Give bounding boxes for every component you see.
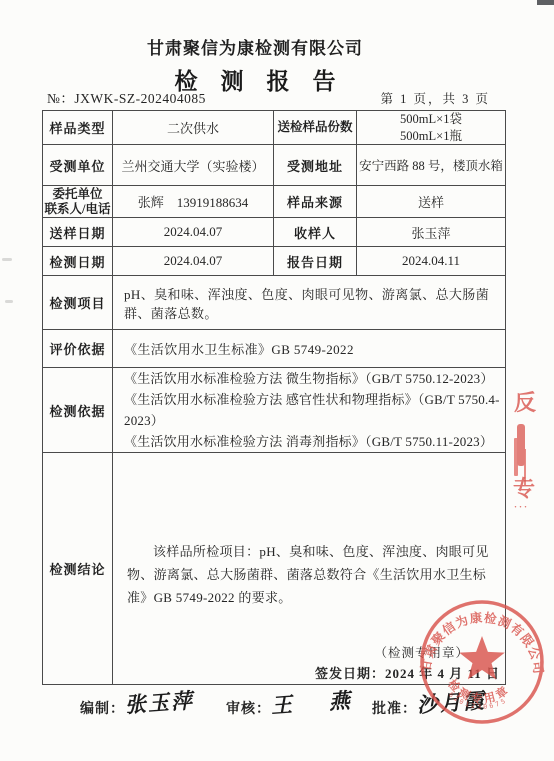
scan-corner-mark	[537, 0, 554, 5]
test-basis-line-3: 《生活饮用水标准检验方法 消毒剂指标》（GB/T 5750.11-2023）	[124, 431, 505, 452]
test-basis-line-2: 《生活饮用水标准检验方法 感官性状和物理指标》（GB/T 5750.4-2023…	[124, 389, 505, 431]
cell-eval-basis-label: 评价依据	[43, 330, 113, 368]
cell-tested-org-value: 兰州交通大学（实验楼）	[113, 145, 274, 186]
cell-receiver-label: 收样人	[274, 218, 357, 247]
cell-test-date-label: 检测日期	[43, 247, 113, 276]
stamp-fragment: 专	[513, 472, 535, 503]
company-seal-stamp: 甘肃聚信为康检测有限公司 检测专用章 6201230675	[416, 596, 548, 728]
reviewed-by-block: 审核：王 燕	[226, 690, 358, 720]
approved-by-label: 批准：	[372, 702, 417, 717]
cell-sample-type-value: 二次供水	[113, 111, 274, 145]
report-number: №：JXWK-SZ-202404085	[47, 87, 206, 107]
cell-eval-basis-value: 《生活饮用水卫生标准》GB 5749-2022	[113, 330, 506, 368]
reviewed-by-signature: 王 燕	[270, 684, 359, 720]
table-row: 检测项目 pH、臭和味、浑浊度、色度、肉眼可见物、游离氯、总大肠菌群、菌落总数。	[43, 276, 506, 330]
company-name: 甘肃聚信为康检测有限公司	[0, 34, 510, 59]
prepared-by-block: 编制：张玉萍	[80, 690, 194, 720]
cell-tested-org-label: 受测单位	[43, 145, 113, 186]
reviewed-by-label: 审核：	[226, 702, 271, 717]
stamp-fragment: 反	[514, 386, 536, 417]
cell-test-basis-value: 《生活饮用水标准检验方法 微生物指标》（GB/T 5750.12-2023） 《…	[113, 368, 506, 453]
table-row: 样品类型 二次供水 送检样品份数 500mL×1袋 500mL×1瓶	[43, 111, 506, 145]
table-row: 委托单位 联系人/电话 张辉 13919188634 样品来源 送样	[43, 186, 506, 218]
cell-test-items-label: 检测项目	[43, 276, 113, 330]
scan-smudge	[5, 300, 13, 303]
cell-receiver-value: 张玉萍	[357, 218, 506, 247]
cell-sample-count-label: 送检样品份数	[274, 111, 357, 145]
prepared-by-label: 编制：	[80, 702, 125, 717]
cell-sample-count-value: 500mL×1袋 500mL×1瓶	[357, 111, 506, 145]
cell-client-contact-value: 张辉 13919188634	[113, 186, 274, 218]
cell-client-contact-label: 委托单位 联系人/电话	[43, 186, 113, 218]
cell-delivery-date-label: 送样日期	[43, 218, 113, 247]
cell-conclusion-label: 检测结论	[43, 453, 113, 685]
test-basis-line-1: 《生活饮用水标准检验方法 微生物指标》（GB/T 5750.12-2023）	[124, 368, 505, 389]
scan-smudge	[2, 258, 12, 261]
cell-test-date-value: 2024.04.07	[113, 247, 274, 276]
cell-test-items-value: pH、臭和味、浑浊度、色度、肉眼可见物、游离氯、总大肠菌群、菌落总数。	[113, 276, 506, 330]
table-row: 受测单位 兰州交通大学（实验楼） 受测地址 安宁西路 88 号，楼顶水箱	[43, 145, 506, 186]
cell-address-value: 安宁西路 88 号，楼顶水箱	[357, 145, 506, 186]
table-row: 检测依据 《生活饮用水标准检验方法 微生物指标》（GB/T 5750.12-20…	[43, 368, 506, 453]
stamp-fragment-bar	[517, 424, 525, 466]
table-row: 送样日期 2024.04.07 收样人 张玉萍	[43, 218, 506, 247]
seal-star-icon	[459, 636, 505, 679]
stamp-fragment: ···	[514, 502, 529, 512]
cell-delivery-date-value: 2024.04.07	[113, 218, 274, 247]
cell-report-date-label: 报告日期	[274, 247, 357, 276]
report-page: 甘肃聚信为康检测有限公司 检 测 报 告 №：JXWK-SZ-202404085…	[0, 0, 554, 761]
table-row: 检测日期 2024.04.07 报告日期 2024.04.11	[43, 247, 506, 276]
cell-test-basis-label: 检测依据	[43, 368, 113, 453]
cell-sample-source-value: 送样	[357, 186, 506, 218]
table-row: 评价依据 《生活饮用水卫生标准》GB 5749-2022	[43, 330, 506, 368]
page-indicator: 第 1 页，共 3 页	[380, 89, 490, 107]
cell-sample-type-label: 样品类型	[43, 111, 113, 145]
prepared-by-signature: 张玉萍	[124, 685, 195, 720]
cell-address-label: 受测地址	[274, 145, 357, 186]
cell-report-date-value: 2024.04.11	[357, 247, 506, 276]
cell-sample-source-label: 样品来源	[274, 186, 357, 218]
